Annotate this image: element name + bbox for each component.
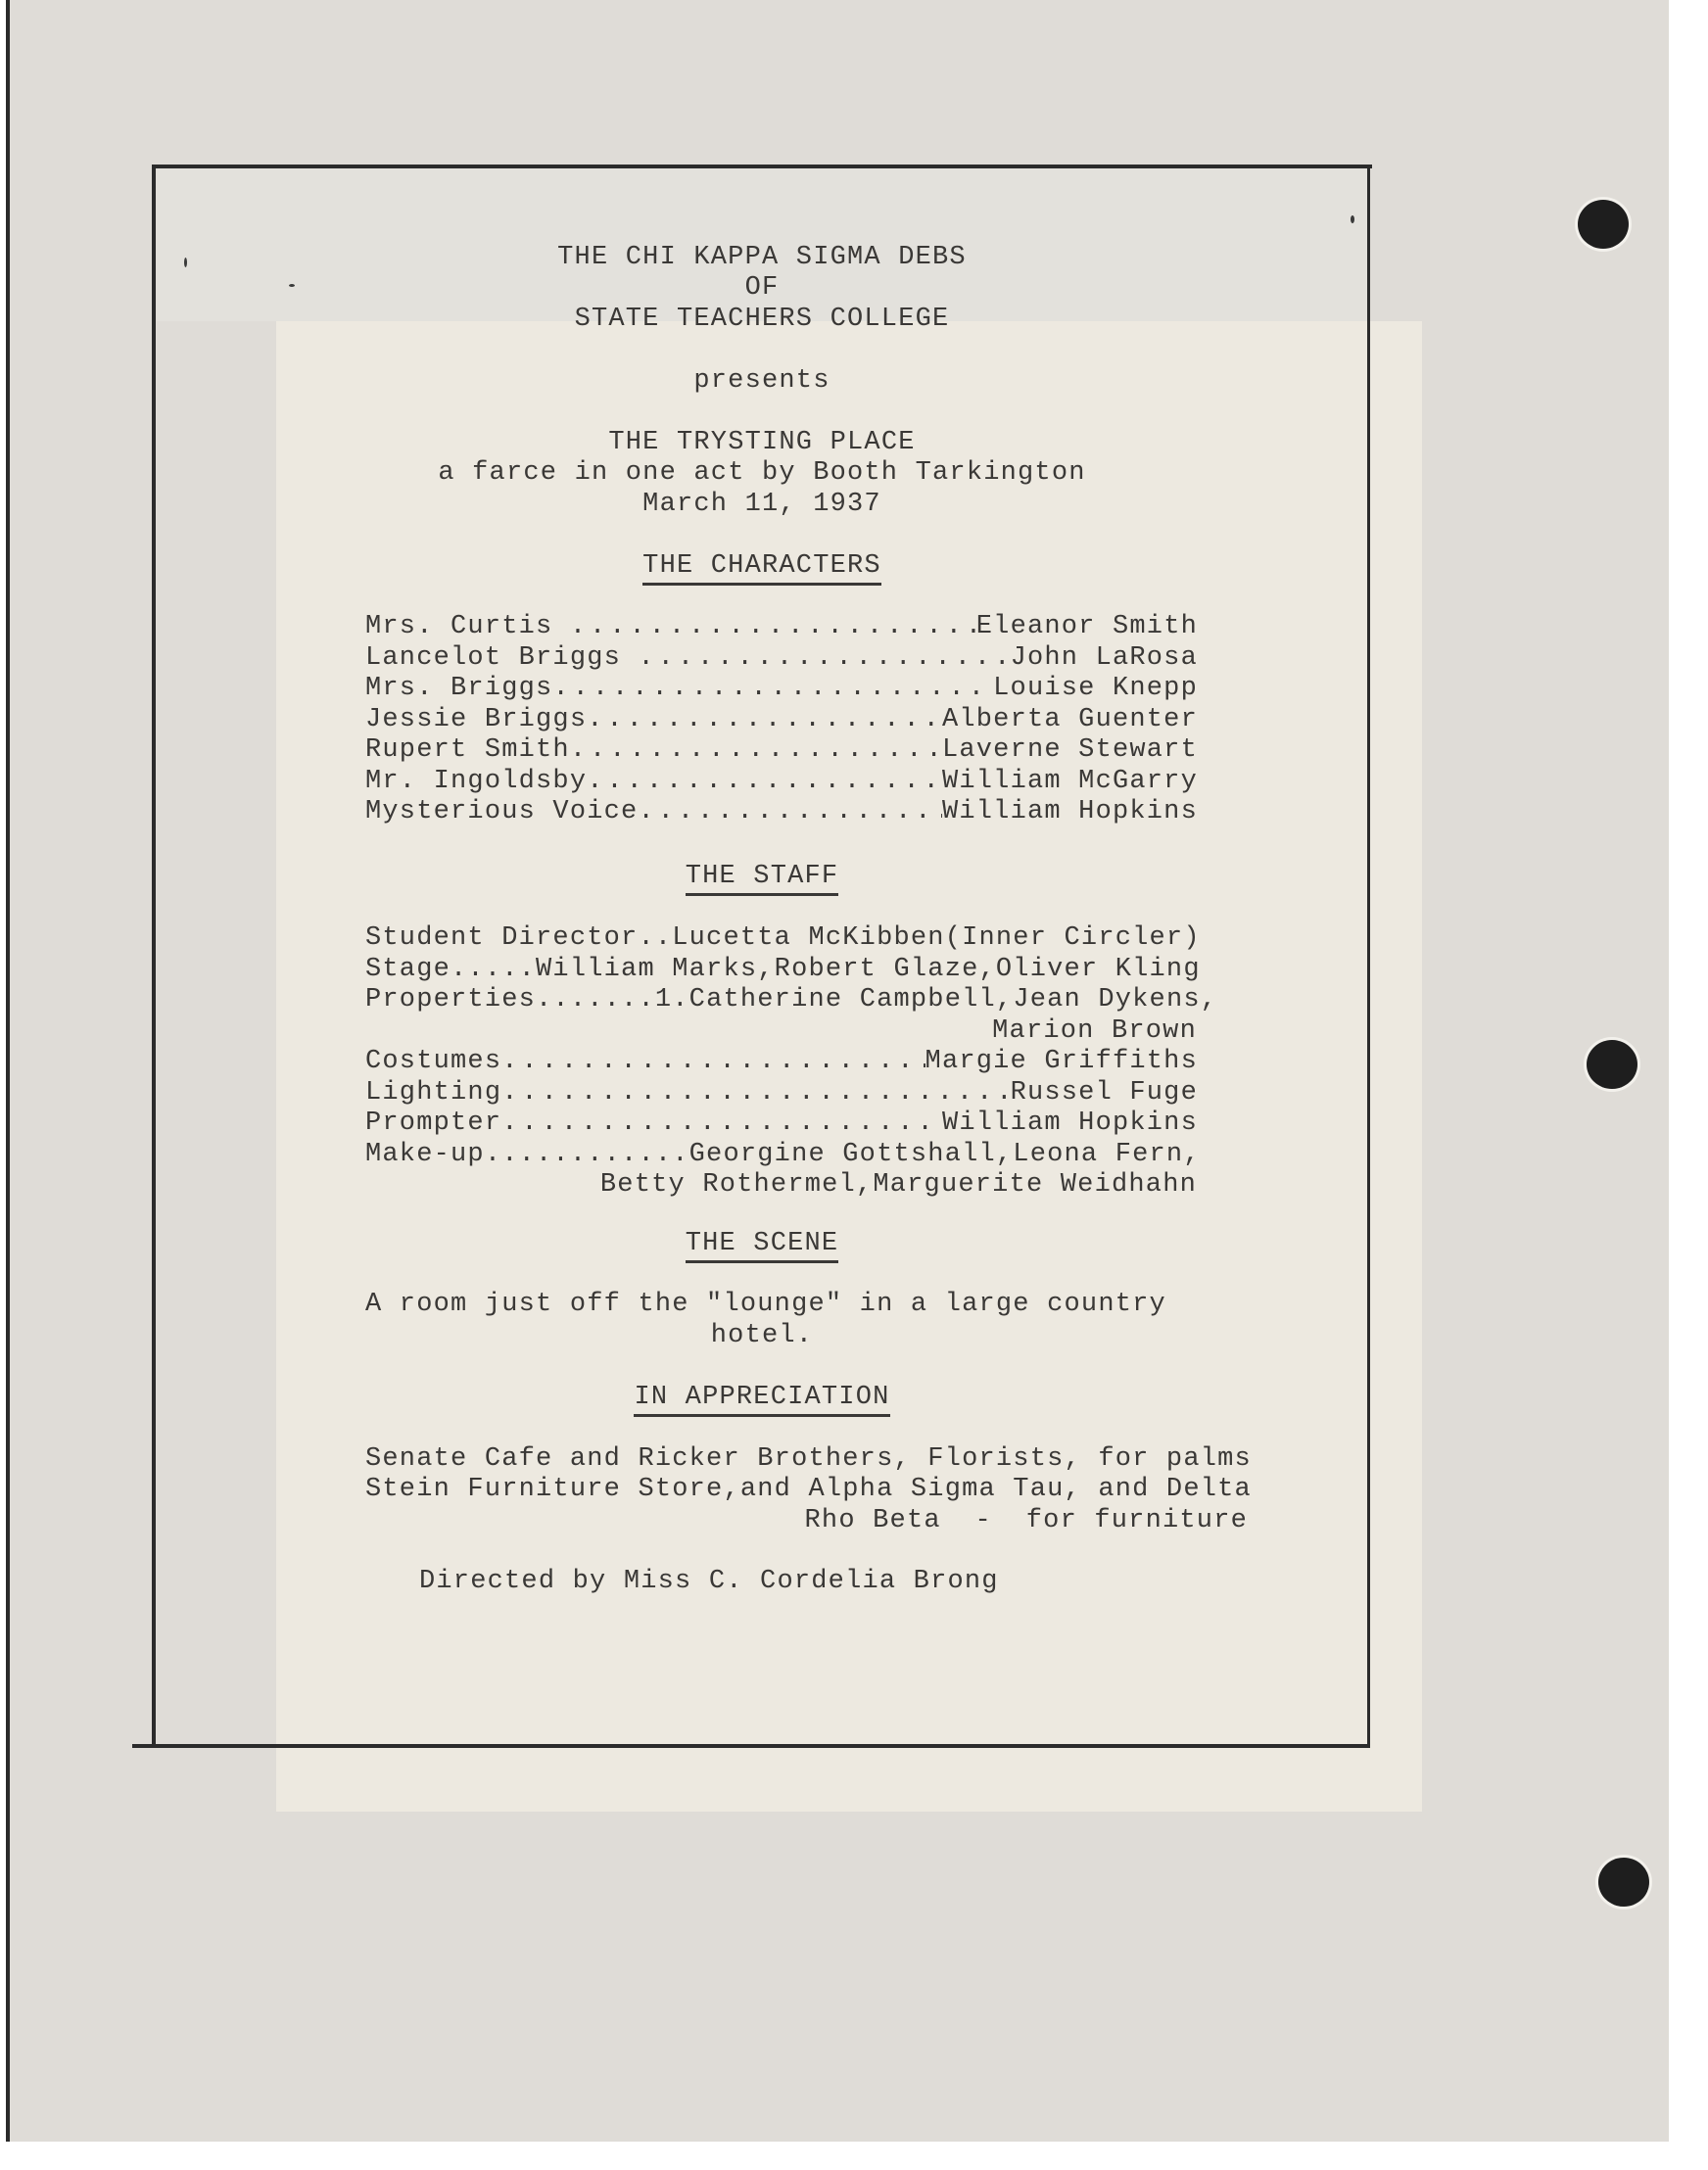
- appreciation-line-1: Senate Cafe and Ricker Brothers, Florist…: [365, 1444, 1252, 1475]
- character-role: Mrs. Briggs: [365, 674, 552, 704]
- character-actor: Alberta Guenter: [942, 705, 1198, 735]
- character-row: Lancelot Briggs John LaRosa: [365, 643, 1198, 674]
- character-row: Rupert SmithLaverne Stewart: [365, 735, 1198, 766]
- staff-names: Russel Fuge: [1011, 1078, 1198, 1109]
- character-role: Jessie Briggs: [365, 705, 587, 735]
- character-actor: William McGarry: [942, 767, 1198, 797]
- character-role: Rupert Smith: [365, 735, 570, 766]
- staff-names: Lucetta McKibben(Inner Circler): [672, 923, 1200, 954]
- characters-heading-text: THE CHARACTERS: [642, 551, 881, 586]
- presents-line: presents: [157, 366, 1367, 397]
- staff-role: Lighting: [365, 1078, 501, 1109]
- character-row: Mrs. Curtis Eleanor Smith: [365, 612, 1198, 642]
- character-actor: Eleanor Smith: [976, 612, 1198, 642]
- character-row: Mr. IngoldsbyWilliam McGarry: [365, 767, 1198, 797]
- staff-heading: THE STAFF: [157, 862, 1367, 892]
- frame-border-right: [1367, 165, 1370, 1748]
- staff-row: PrompterWilliam Hopkins: [365, 1109, 1198, 1139]
- staff-row: Stage.....William Marks,Robert Glaze,Oli…: [365, 955, 1198, 985]
- play-subtitle: a farce in one act by Booth Tarkington: [157, 458, 1367, 489]
- characters-heading: THE CHARACTERS: [157, 551, 1367, 582]
- staff-role: Make-up............: [365, 1140, 689, 1170]
- org-line: THE CHI KAPPA SIGMA DEBS: [157, 243, 1367, 273]
- scene-description: A room just off the "lounge" in a large …: [365, 1290, 1166, 1320]
- staff-row: Make-up............Georgine Gottshall,Le…: [365, 1140, 1198, 1170]
- binder-hole-icon: [1578, 200, 1629, 249]
- character-row: Mysterious VoiceWilliam Hopkins: [365, 797, 1198, 827]
- appreciation-line-2: Stein Furniture Store,and Alpha Sigma Ta…: [365, 1475, 1252, 1505]
- character-actor: Louise Knepp: [993, 674, 1198, 704]
- scene-heading-text: THE SCENE: [686, 1229, 839, 1263]
- binder-hole-icon: [1598, 1858, 1649, 1907]
- appreciation-heading-text: IN APPRECIATION: [634, 1383, 889, 1417]
- college-line: STATE TEACHERS COLLEGE: [157, 305, 1367, 335]
- character-actor: John LaRosa: [1011, 643, 1198, 674]
- leader-dots: [638, 797, 942, 827]
- frame-border-top: [152, 165, 1372, 168]
- scene-heading: THE SCENE: [157, 1229, 1367, 1259]
- frame-border-left: [152, 165, 156, 1746]
- character-actor: Laverne Stewart: [942, 735, 1198, 766]
- leader-dots: [587, 767, 942, 797]
- staff-names: William Marks,Robert Glaze,Oliver Kling: [536, 955, 1201, 985]
- staff-heading-text: THE STAFF: [686, 862, 839, 896]
- performance-date: March 11, 1937: [157, 490, 1367, 520]
- appreciation-line-3: Rho Beta - for furniture: [805, 1506, 1248, 1536]
- leader-dots: [570, 735, 942, 766]
- staff-row: Student Director..Lucetta McKibben(Inner…: [365, 923, 1198, 954]
- frame-border-bottom: [132, 1744, 1370, 1748]
- character-row: Mrs. BriggsLouise Knepp: [365, 674, 1198, 704]
- staff-role: Student Director..: [365, 923, 672, 954]
- leader-dots: [570, 612, 976, 642]
- character-role: Mrs. Curtis: [365, 612, 570, 642]
- ink-speck: [1351, 215, 1354, 223]
- scene-description-cont: hotel.: [157, 1321, 1367, 1351]
- leader-dots: [638, 643, 1010, 674]
- binder-hole-icon: [1587, 1040, 1637, 1089]
- staff-names: Margie Griffiths: [925, 1047, 1198, 1077]
- character-role: Lancelot Briggs: [365, 643, 638, 674]
- staff-row: CostumesMargie Griffiths: [365, 1047, 1198, 1077]
- leader-dots: [552, 674, 993, 704]
- staff-row: LightingRussel Fuge: [365, 1078, 1198, 1109]
- leader-dots: [501, 1109, 942, 1139]
- play-title: THE TRYSTING PLACE: [157, 428, 1367, 458]
- staff-names: William Hopkins: [942, 1109, 1198, 1139]
- staff-names-continued: Marion Brown: [992, 1016, 1197, 1047]
- character-role: Mysterious Voice: [365, 797, 638, 827]
- character-actor: William Hopkins: [942, 797, 1198, 827]
- staff-row: Properties.......1.Catherine Campbell,Je…: [365, 985, 1198, 1015]
- leader-dots: [501, 1078, 1010, 1109]
- leader-dots: [501, 1047, 925, 1077]
- leader-dots: [587, 705, 942, 735]
- character-role: Mr. Ingoldsby: [365, 767, 587, 797]
- staff-names: Georgine Gottshall,Leona Fern,: [689, 1140, 1201, 1170]
- staff-role: Properties.......: [365, 985, 655, 1015]
- director-credit: Directed by Miss C. Cordelia Brong: [419, 1567, 999, 1597]
- staff-role: Stage.....: [365, 955, 536, 985]
- of-line: OF: [157, 273, 1367, 304]
- character-row: Jessie BriggsAlberta Guenter: [365, 705, 1198, 735]
- staff-role: Prompter: [365, 1109, 501, 1139]
- appreciation-heading: IN APPRECIATION: [157, 1383, 1367, 1413]
- staff-role: Costumes: [365, 1047, 501, 1077]
- staff-names-continued: Betty Rothermel,Marguerite Weidhahn: [600, 1170, 1197, 1201]
- staff-names: 1.Catherine Campbell,Jean Dykens,: [655, 985, 1217, 1015]
